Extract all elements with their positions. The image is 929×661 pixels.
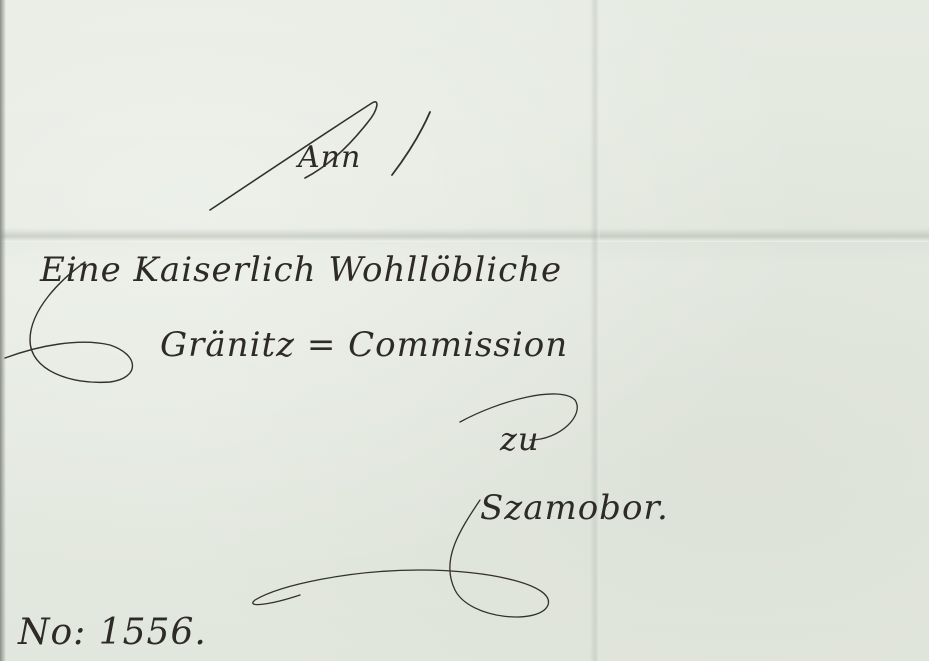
address-line-2: Gränitz = Commission	[160, 325, 568, 365]
salutation-text: Ann	[298, 140, 361, 175]
letter-paper: Ann Eine Kaiserlich Wohllöbliche Gränitz…	[0, 0, 929, 661]
address-line-3: zu	[500, 420, 539, 458]
address-line-4: Szamobor.	[480, 488, 669, 528]
address-line-1: Eine Kaiserlich Wohllöbliche	[40, 250, 562, 290]
reference-number: No: 1556.	[18, 612, 207, 653]
